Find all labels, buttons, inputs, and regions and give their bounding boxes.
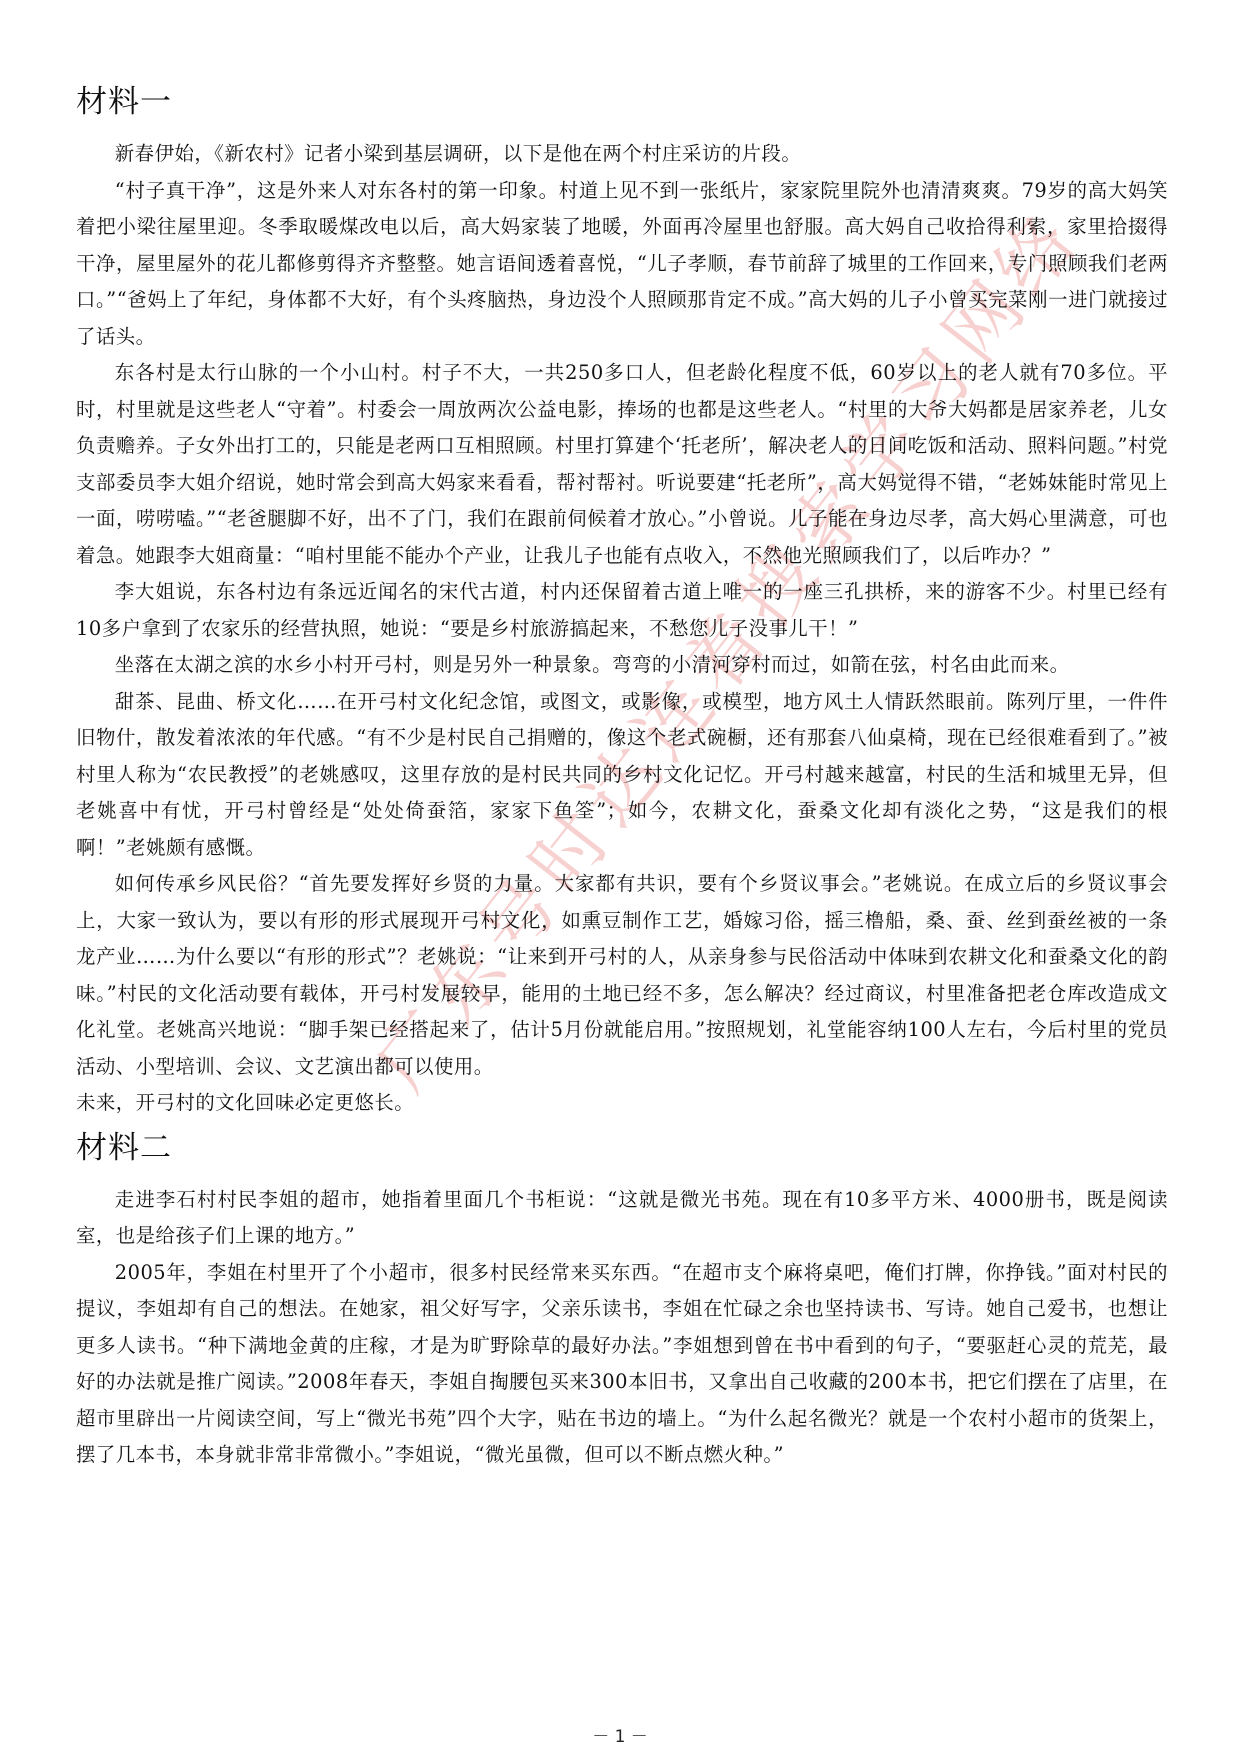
section-title: 材料一 — [76, 76, 1168, 128]
document-body: 材料一 新春伊始，《新农村》记者小梁到基层调研，以下是他在两个村庄采访的片段。 … — [76, 76, 1168, 1474]
paragraph: 新春伊始，《新农村》记者小梁到基层调研，以下是他在两个村庄采访的片段。 — [76, 136, 1168, 173]
paragraph: 东各村是太行山脉的一个小山村。村子不大，一共250多口人，但老龄化程度不低，60… — [76, 355, 1168, 574]
section-material-2: 材料二 走进李石村村民李姐的超市，她指着里面几个书柜说：“这就是微光书苑。现在有… — [76, 1122, 1168, 1474]
paragraph: 甜茶、昆曲、桥文化……在开弓村文化纪念馆，或图文，或影像，或模型，地方风土人情跃… — [76, 684, 1168, 867]
paragraph: “村子真干净”，这是外来人对东各村的第一印象。村道上见不到一张纸片，家家院里院外… — [76, 173, 1168, 356]
paragraph: 如何传承乡风民俗？“首先要发挥好乡贤的力量。大家都有共识，要有个乡贤议事会。”老… — [76, 866, 1168, 1085]
closing-line: 未来，开弓村的文化回味必定更悠长。 — [76, 1085, 1168, 1122]
section-title: 材料二 — [76, 1122, 1168, 1174]
paragraph: 李大姐说，东各村边有条远近闻名的宋代古道，村内还保留着古道上唯一的一座三孔拱桥，… — [76, 574, 1168, 647]
document-page: 广东号时达连着搜索学习网络 材料一 新春伊始，《新农村》记者小梁到基层调研，以下… — [0, 0, 1240, 1754]
paragraph: 2005年，李姐在村里开了个小超市，很多村民经常来买东西。“在超市支个麻将桌吧，… — [76, 1255, 1168, 1474]
page-number: － 1 － — [0, 1722, 1240, 1747]
paragraph: 走进李石村村民李姐的超市，她指着里面几个书柜说：“这就是微光书苑。现在有10多平… — [76, 1182, 1168, 1255]
section-material-1: 材料一 新春伊始，《新农村》记者小梁到基层调研，以下是他在两个村庄采访的片段。 … — [76, 76, 1168, 1122]
paragraph: 坐落在太湖之滨的水乡小村开弓村，则是另外一种景象。弯弯的小清河穿村而过，如箭在弦… — [76, 647, 1168, 684]
